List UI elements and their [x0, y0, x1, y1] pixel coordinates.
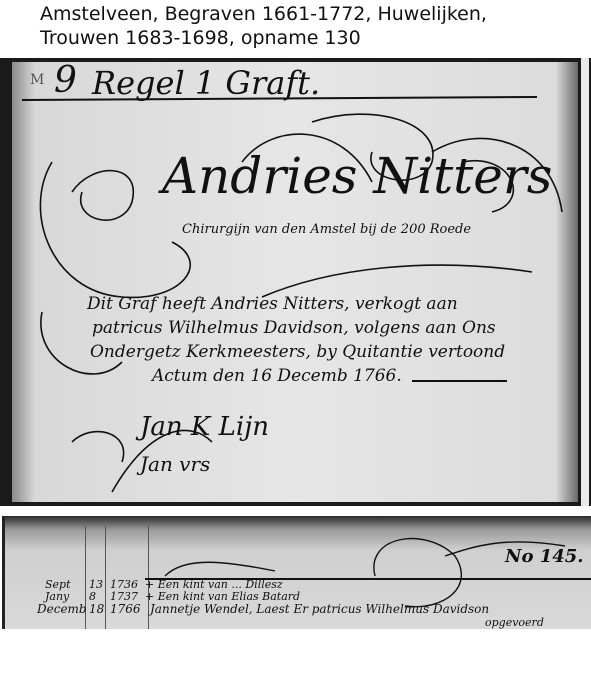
- caption-line-2: Trouwen 1683-1698, opname 130: [40, 26, 590, 50]
- document-caption: Amstelveen, Begraven 1661-1772, Huwelijk…: [40, 2, 590, 50]
- register-page: M 9 Regel 1 Graft. Andries Nitters Chiru…: [12, 62, 578, 502]
- signature-1: Jan K Lijn: [140, 412, 269, 442]
- closing-rule: [412, 380, 507, 382]
- deed-line: Ondergetz Kerkmeesters, by Quitantie ver…: [90, 342, 505, 362]
- grave-owner-title: Chirurgijn van den Amstel bij de 200 Roe…: [182, 222, 471, 237]
- trailing-note: opgevoerd: [485, 616, 544, 629]
- burial-register-page: No 145. Sept 13 1736 + Een kint van ... …: [2, 516, 591, 629]
- upper-scan: M 9 Regel 1 Graft. Andries Nitters Chiru…: [0, 58, 591, 506]
- deed-line: Actum den 16 Decemb 1766.: [152, 366, 402, 386]
- deed-line: patricus Wilhelmus Davidson, volgens aan…: [92, 318, 496, 338]
- signature-2: Jan vrs: [140, 452, 210, 476]
- entry-number-mark: No 145.: [505, 546, 584, 567]
- grave-owner-name: Andries Nitters: [162, 147, 552, 205]
- caption-line-1: Amstelveen, Begraven 1661-1772, Huwelijk…: [40, 2, 590, 26]
- header-text: Regel 1 Graft.: [92, 64, 320, 102]
- lower-scan: No 145. Sept 13 1736 + Een kint van ... …: [0, 512, 591, 675]
- page-edge: [581, 58, 589, 506]
- calligraphy-flourishes-icon: [12, 62, 578, 502]
- deed-line: Dit Graf heeft Andries Nitters, verkogt …: [87, 294, 458, 314]
- stamp-mark: M: [30, 72, 44, 88]
- header-number: 9: [54, 60, 77, 101]
